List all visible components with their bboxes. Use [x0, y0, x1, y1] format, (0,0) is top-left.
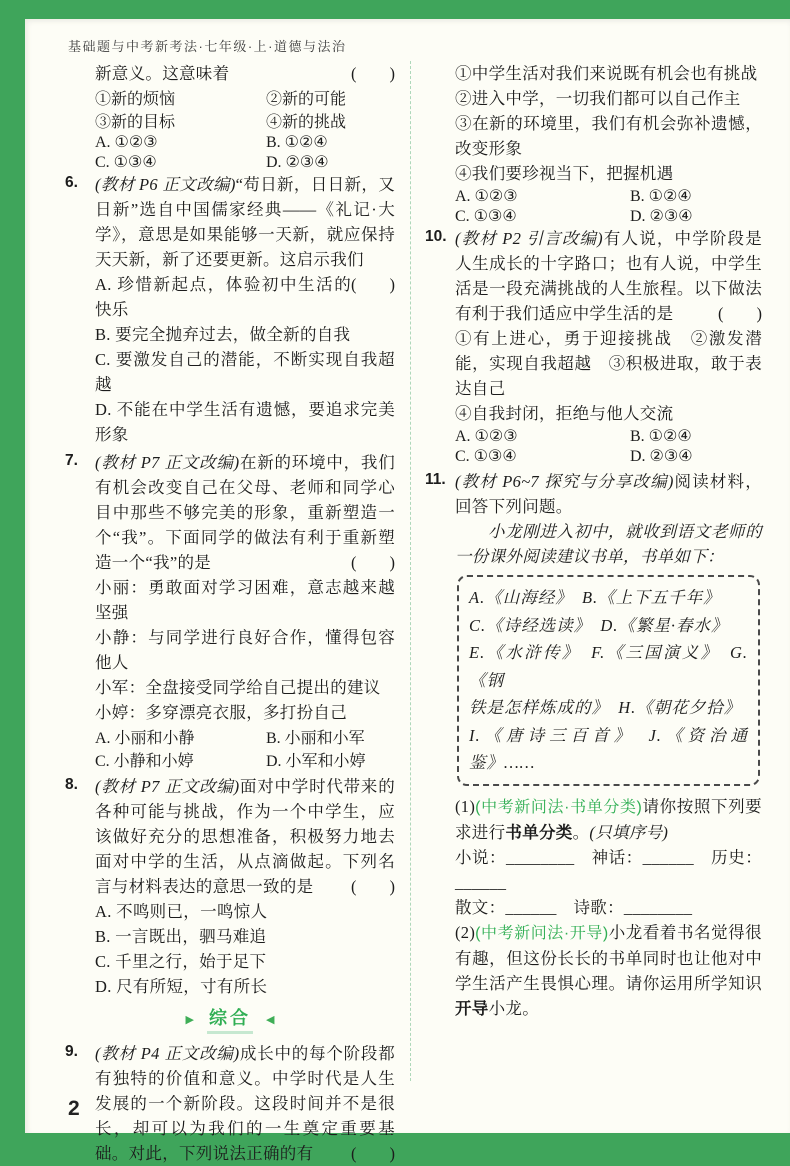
column-divider: [395, 61, 425, 1091]
exam-style-tag: (中考新问法·开导): [475, 925, 608, 942]
choice: A. 珍惜新起点，体验初中生活的快乐: [95, 272, 395, 322]
question-source: (教材 P6~7 探究与分享改编): [455, 472, 674, 491]
option-row: ③新的目标 ④新的挑战: [95, 109, 395, 132]
choice: A. 不鸣则已，一鸣惊人: [95, 899, 395, 924]
answer-bracket: ( ): [351, 550, 395, 575]
book-list-line: A.《山海经》 B.《上下五千年》: [469, 584, 748, 612]
statement: 小丽：勇敢面对学习困难，意志越来越坚强: [95, 575, 395, 625]
option-row: ①新的烦恼 ②新的可能: [95, 86, 395, 109]
choice: C. 小静和小婷: [95, 748, 266, 771]
choice: A. ①②③: [455, 186, 630, 206]
material-paragraph: 小龙刚进入初中，就收到语文老师的一份课外阅读建议书单，书单如下：: [455, 519, 762, 569]
choice: D. 小军和小婷: [266, 748, 395, 771]
option: ②进入中学，一切我们都可以自己作主: [455, 86, 762, 111]
question-9: 9. (教材 P4 正文改编)成长中的每个阶段都有独特的价值和意义。中学时代是人…: [65, 1041, 395, 1166]
fill-blank-line: 小说：________ 神话：______ 历史：______: [455, 845, 762, 895]
question-stem: (教材 P7 正文改编)面对中学时代带来的各种可能与挑战，作为一个中学生，应该做…: [95, 774, 395, 899]
answer-bracket: ( ): [351, 272, 395, 297]
question-number: 6.: [65, 172, 95, 192]
question-7: 7. (教材 P7 正文改编)在新的环境中，我们有机会改变自己在父母、老师和同学…: [65, 450, 395, 771]
choice: B. 要完全抛弃过去，做全新的自我: [95, 322, 395, 347]
page-sheet: 基础题与中考新考法·七年级·上·道德与法治 新意义。这意味着( ) ①新的烦恼 …: [25, 19, 790, 1133]
question-stem: (教材 P2 引言改编)有人说，中学阶段是人生成长的十字路口；也有人说，中学生活…: [455, 226, 762, 326]
question-stem: (教材 P4 正文改编)成长中的每个阶段都有独特的价值和意义。中学时代是人生发展…: [95, 1041, 395, 1166]
statement: 小军：全盘接受同学给自己提出的建议: [95, 675, 395, 700]
option: ①中学生活对我们来说既有机会也有挑战: [455, 61, 762, 86]
book-list-line: I.《唐诗三百首》 J.《资治通鉴》……: [469, 722, 748, 777]
exam-style-tag: (中考新问法·书单分类): [475, 799, 642, 816]
choice: B. ①②④: [630, 186, 762, 206]
answer-bracket: ( ): [351, 1141, 395, 1166]
section-marker-label: 综合: [207, 1007, 253, 1034]
question-number: 8.: [65, 774, 95, 794]
option: ④我们要珍视当下，把握机遇: [455, 161, 762, 186]
choice: D. 不能在中学生活有遗憾，要追求完美形象: [95, 397, 395, 447]
page-header-title: 基础题与中考新考法·七年级·上·道德与法治: [68, 36, 347, 55]
choice: D. ②③④: [630, 446, 762, 466]
choice-row: C. ①③④ D. ②③④: [95, 152, 395, 172]
question-stem: (教材 P6~7 探究与分享改编)阅读材料，回答下列问题。: [455, 469, 762, 519]
statement: 小静：与同学进行良好合作，懂得包容他人: [95, 625, 395, 675]
choice: C. 要激发自己的潜能，不断实现自我超越: [95, 347, 395, 397]
book-list-line: E.《水浒传》 F.《三国演义》 G.《钢: [469, 639, 748, 694]
question-9-continuation: ①中学生活对我们来说既有机会也有挑战 ②进入中学，一切我们都可以自己作主 ③在新…: [455, 61, 762, 226]
scanned-workbook-page: { "header": { "title": "基础题与中考新考法·七年级·上·…: [0, 0, 790, 1146]
choice-row: C. ①③④ D. ②③④: [455, 206, 762, 226]
question-source: (教材 P7 正文改编): [95, 777, 239, 796]
choice: A. ①②③: [455, 426, 630, 446]
choice: D. ②③④: [266, 152, 395, 172]
question-6: 6. (教材 P6 正文改编)“苟日新，日日新，又日新”选自中国儒家经典——《礼…: [65, 172, 395, 447]
choice-row: C. ①③④ D. ②③④: [455, 446, 762, 466]
fill-blank-line: 散文：______ 诗歌：________: [455, 895, 762, 920]
answer-bracket: ( ): [351, 61, 395, 86]
question-stem: (教材 P6 正文改编)“苟日新，日日新，又日新”选自中国儒家经典——《礼记·大…: [95, 172, 395, 272]
choice-row: A. ①②③ B. ①②④: [95, 132, 395, 152]
question-stem: 新意义。这意味着( ): [95, 61, 395, 86]
choice-row: A. ①②③ B. ①②④: [455, 426, 762, 446]
question-number: 9.: [65, 1041, 95, 1061]
option: ③在新的环境里，我们有机会弥补遗憾，改变形象: [455, 111, 762, 161]
question-source: (教材 P7 正文改编): [95, 453, 239, 472]
subquestion-2: (2)(中考新问法·开导)小龙看着书名觉得很有趣，但这份长长的书单同时也让他对中…: [455, 920, 762, 1021]
choice: B. 一言既出，驷马难追: [95, 924, 395, 949]
option: ①新的烦恼: [95, 86, 266, 109]
option: ②新的可能: [266, 86, 395, 109]
question-source: (教材 P6 正文改编): [95, 175, 236, 194]
question-11: 11. (教材 P6~7 探究与分享改编)阅读材料，回答下列问题。 小龙刚进入初…: [425, 469, 762, 1021]
choice: B. ①②④: [266, 132, 395, 152]
book-list-line: C.《诗经选读》 D.《繁星·春水》: [469, 612, 748, 640]
answer-bracket: ( ): [718, 301, 762, 326]
choice: C. ①③④: [95, 152, 266, 172]
right-column: ①中学生活对我们来说既有机会也有挑战 ②进入中学，一切我们都可以自己作主 ③在新…: [425, 61, 762, 1091]
option: ④自我封闭，拒绝与他人交流: [455, 401, 762, 426]
choice: D. ②③④: [630, 206, 762, 226]
question-number: 7.: [65, 450, 95, 470]
choice: C. ①③④: [455, 446, 630, 466]
question-10: 10. (教材 P2 引言改编)有人说，中学阶段是人生成长的十字路口；也有人说，…: [425, 226, 762, 466]
page-number: 2: [68, 1097, 80, 1121]
choice: D. 尺有所短，寸有所长: [95, 974, 395, 999]
option: ③新的目标: [95, 109, 266, 132]
choice-row: A. 小丽和小静 B. 小丽和小军: [95, 725, 395, 748]
question-source: (教材 P2 引言改编): [455, 229, 603, 248]
choice: B. 小丽和小军: [266, 725, 395, 748]
choice-row: C. 小静和小婷 D. 小军和小婷: [95, 748, 395, 771]
question-number: 11.: [425, 469, 455, 489]
choice: A. 小丽和小静: [95, 725, 266, 748]
option: ④新的挑战: [266, 109, 395, 132]
section-marker: ▶ 综合 ◀: [65, 1007, 395, 1034]
two-column-layout: 新意义。这意味着( ) ①新的烦恼 ②新的可能 ③新的目标 ④新的挑战 A. ①…: [65, 61, 762, 1091]
divider-line: [410, 61, 411, 1081]
choice: A. ①②③: [95, 132, 266, 152]
option-flow: ①有上进心，勇于迎接挑战 ②激发潜能，实现自我超越 ③积极进取，敢于表达自己: [455, 326, 762, 401]
left-triangle-icon: ◀: [266, 1015, 274, 1026]
answer-bracket: ( ): [351, 874, 395, 899]
subquestion-1: (1)(中考新问法·书单分类)请你按照下列要求进行书单分类。(只填序号): [455, 794, 762, 845]
statement: 小婷：多穿漂亮衣服，多打扮自己: [95, 700, 395, 725]
choice-row: A. ①②③ B. ①②④: [455, 186, 762, 206]
question-number: 10.: [425, 226, 455, 246]
choice: C. 千里之行，始于足下: [95, 949, 395, 974]
choice: B. ①②④: [630, 426, 762, 446]
book-list-box: A.《山海经》 B.《上下五千年》 C.《诗经选读》 D.《繁星·春水》 E.《…: [457, 575, 760, 786]
left-column: 新意义。这意味着( ) ①新的烦恼 ②新的可能 ③新的目标 ④新的挑战 A. ①…: [65, 61, 395, 1091]
book-list-line: 铁是怎样炼成的》 H.《朝花夕拾》: [469, 694, 748, 722]
right-triangle-icon: ▶: [186, 1015, 194, 1026]
question-source: (教材 P4 正文改编): [95, 1044, 239, 1063]
question-5-continuation: 新意义。这意味着( ) ①新的烦恼 ②新的可能 ③新的目标 ④新的挑战 A. ①…: [95, 61, 395, 172]
question-8: 8. (教材 P7 正文改编)面对中学时代带来的各种可能与挑战，作为一个中学生，…: [65, 774, 395, 999]
question-stem: (教材 P7 正文改编)在新的环境中，我们有机会改变自己在父母、老师和同学心目中…: [95, 450, 395, 575]
choice: C. ①③④: [455, 206, 630, 226]
